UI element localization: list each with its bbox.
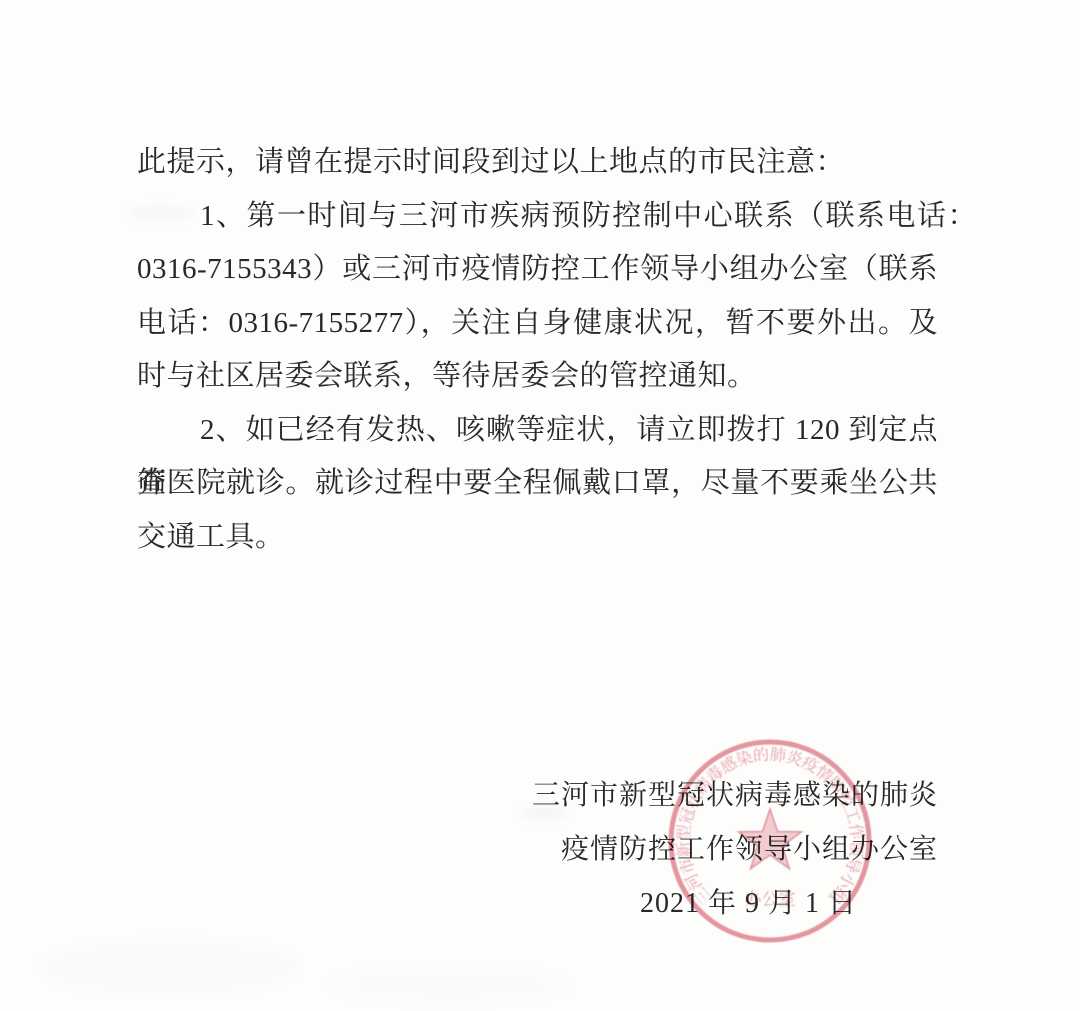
notice-body: 此提示，请曾在提示时间段到过以上地点的市民注意： 1、第一时间与三河市疾病预防控… — [137, 136, 938, 564]
scan-artifact — [520, 808, 568, 819]
body-line: 此提示，请曾在提示时间段到过以上地点的市民注意： — [137, 136, 938, 190]
body-line: 时与社区居委会联系，等待居委会的管控通知。 — [137, 350, 938, 404]
body-line: 1、第一时间与三河市疾病预防控制中心联系（联系电话： — [137, 190, 977, 244]
document-page: 此提示，请曾在提示时间段到过以上地点的市民注意： 1、第一时间与三河市疾病预防控… — [0, 0, 1080, 1011]
signature-block: 三河市新型冠状病毒感染的肺炎 疫情防控工作领导小组办公室 2021 年 9 月 … — [378, 769, 938, 931]
body-line: 2、如已经有发热、咳嗽等症状，请立即拨打 120 到定点筛 — [137, 404, 938, 458]
signature-date: 2021 年 9 月 1 日 — [378, 877, 938, 931]
body-line: 电话：0316-7155277），关注自身健康状况，暂不要外出。及 — [137, 297, 938, 351]
signature-org-line2: 疫情防控工作领导小组办公室 — [378, 823, 938, 877]
body-line: 交通工具。 — [137, 511, 938, 565]
body-line: 查医院就诊。就诊过程中要全程佩戴口罩，尽量不要乘坐公共 — [137, 457, 938, 511]
scan-artifact — [128, 207, 198, 219]
scan-artifact — [40, 940, 300, 995]
signature-org-line1: 三河市新型冠状病毒感染的肺炎 — [378, 769, 938, 823]
scan-artifact — [330, 965, 570, 1005]
body-line: 0316-7155343）或三河市疫情防控工作领导小组办公室（联系 — [137, 243, 938, 297]
